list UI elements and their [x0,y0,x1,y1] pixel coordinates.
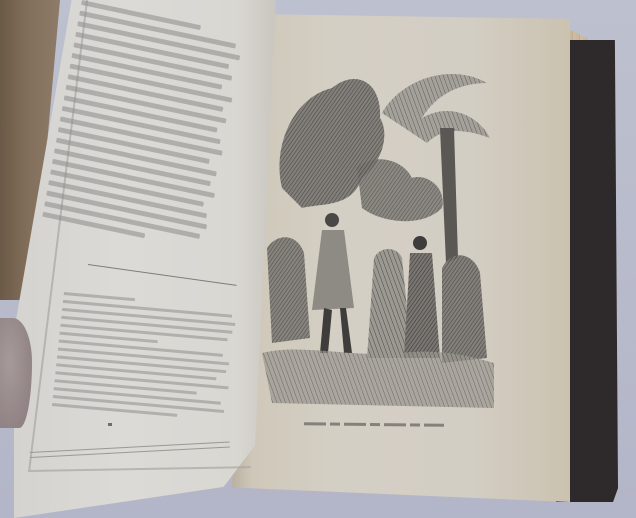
hand-thumb [0,318,32,428]
book-photo [0,0,636,518]
illustration-caption [304,419,444,428]
footnotes-block [51,292,242,428]
engraving-illustration [262,58,494,408]
page-number-mark [108,423,112,426]
